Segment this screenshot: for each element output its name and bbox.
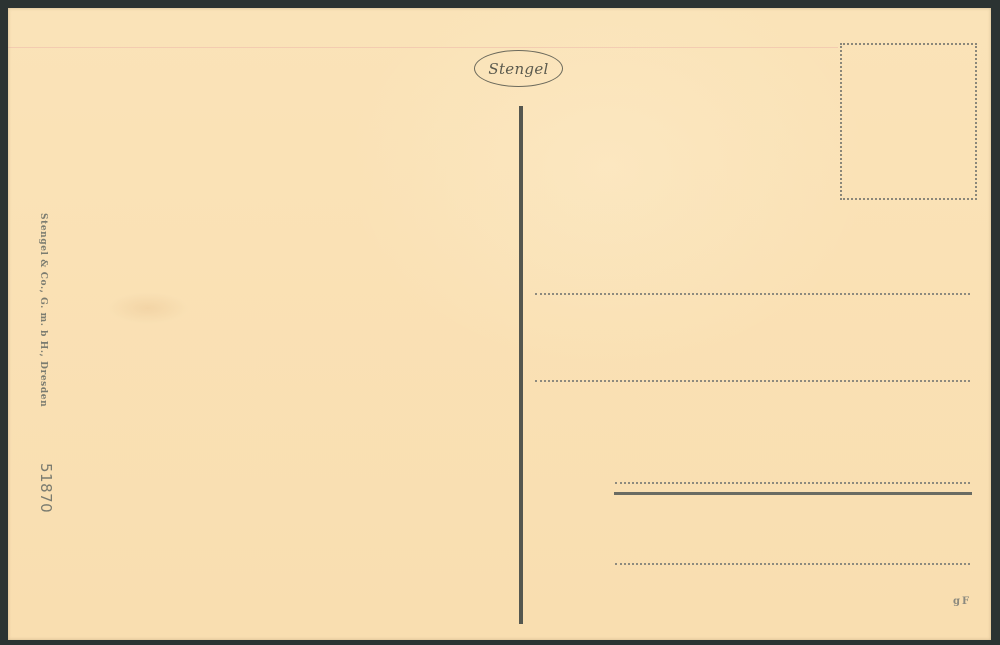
printer-mark: gF	[953, 596, 971, 607]
faint-guide-line	[8, 47, 838, 48]
address-line-3	[615, 482, 970, 484]
stamp-box	[840, 43, 977, 200]
address-line-2	[535, 380, 970, 382]
card-number: 51870	[37, 463, 55, 513]
center-divider	[519, 106, 523, 624]
publisher-logo: Stengel	[474, 50, 563, 87]
publisher-logo-text: Stengel	[488, 60, 548, 78]
address-line-1	[535, 293, 970, 295]
address-line-4	[615, 563, 970, 565]
address-underline-solid	[614, 492, 972, 495]
postcard-back: Stengel Stengel & Co., G. m. b H., Dresd…	[8, 8, 991, 640]
publisher-imprint: Stengel & Co., G. m. b H., Dresden	[38, 213, 48, 407]
